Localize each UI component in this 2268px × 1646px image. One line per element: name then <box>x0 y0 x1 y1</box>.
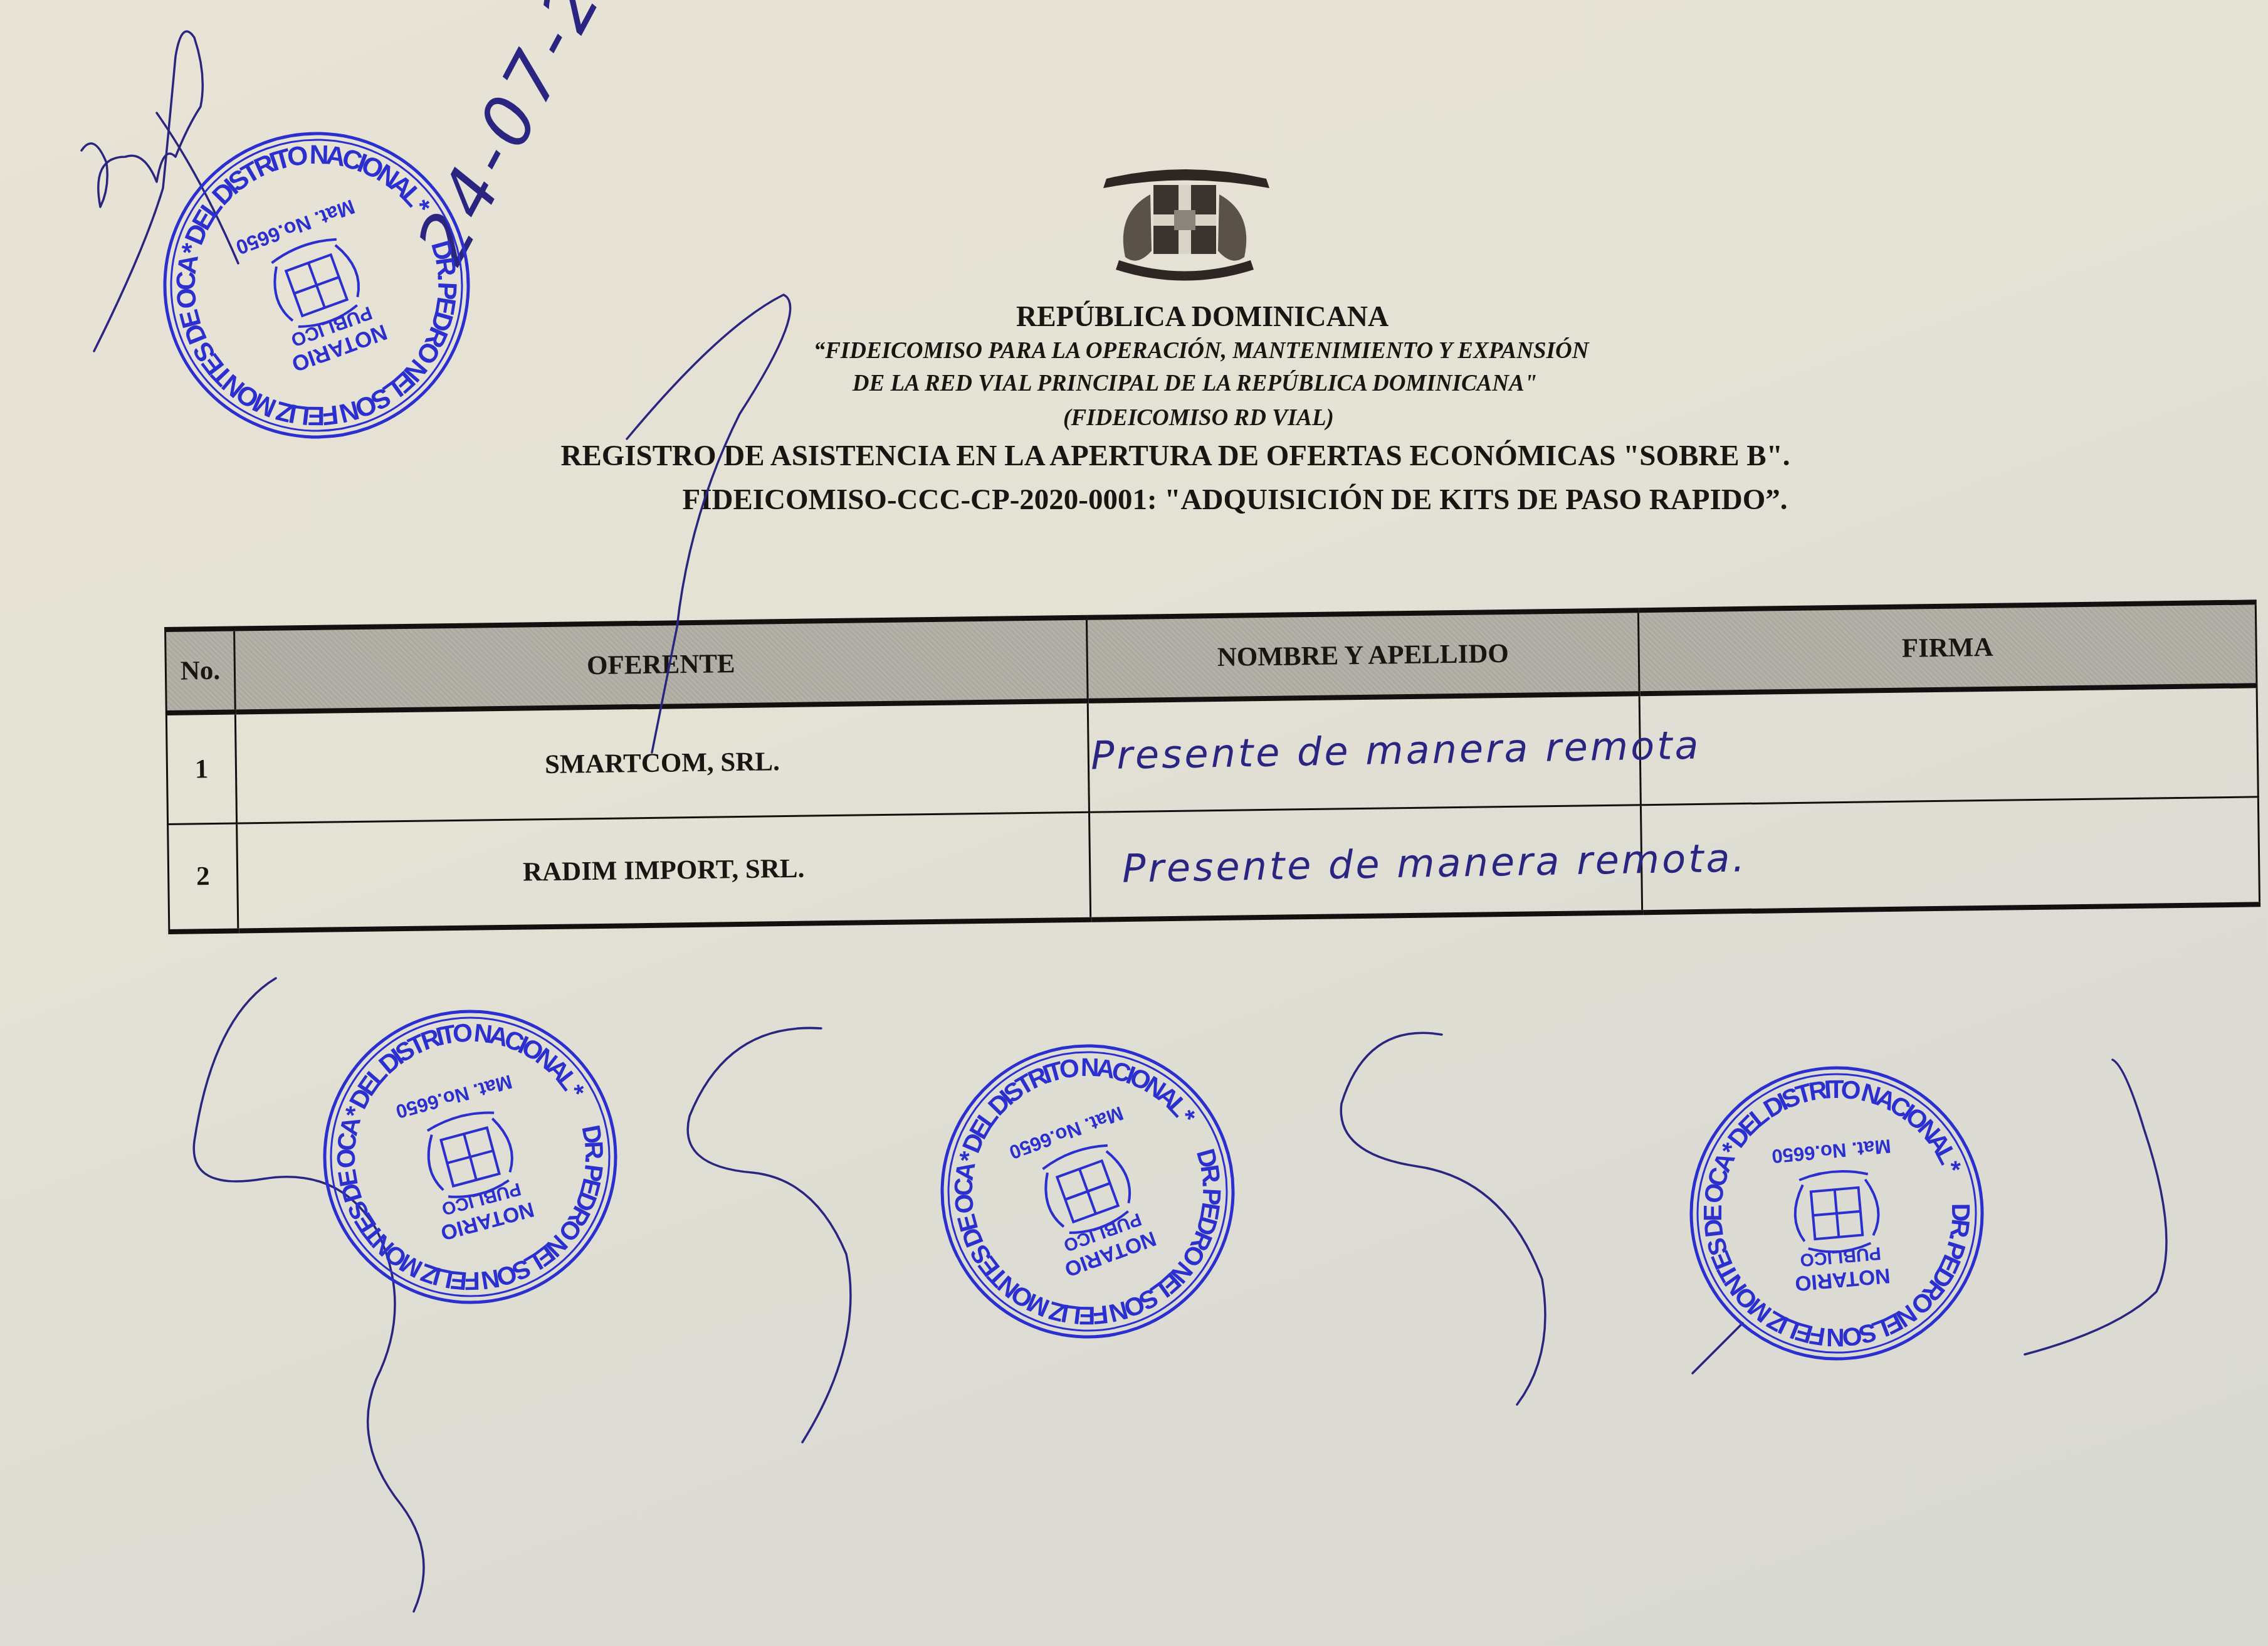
notary-stamp: DR. PEDRO NELSON FELIZ MONTES DE OCA * D… <box>937 1041 1238 1342</box>
notary-stamp: DR. PEDRO NELSON FELIZ MONTES DE OCA * D… <box>320 1006 621 1307</box>
notary-stamp: DR. PEDRO NELSON FELIZ MONTES DE OCA * D… <box>160 129 473 442</box>
svg-text:Mat. No.6650: Mat. No.6650 <box>1771 1135 1892 1167</box>
svg-text:Mat. No.6650: Mat. No.6650 <box>394 1070 515 1122</box>
notary-stamp: DR. PEDRO NELSON FELIZ MONTES DE OCA * D… <box>1686 1063 1987 1364</box>
